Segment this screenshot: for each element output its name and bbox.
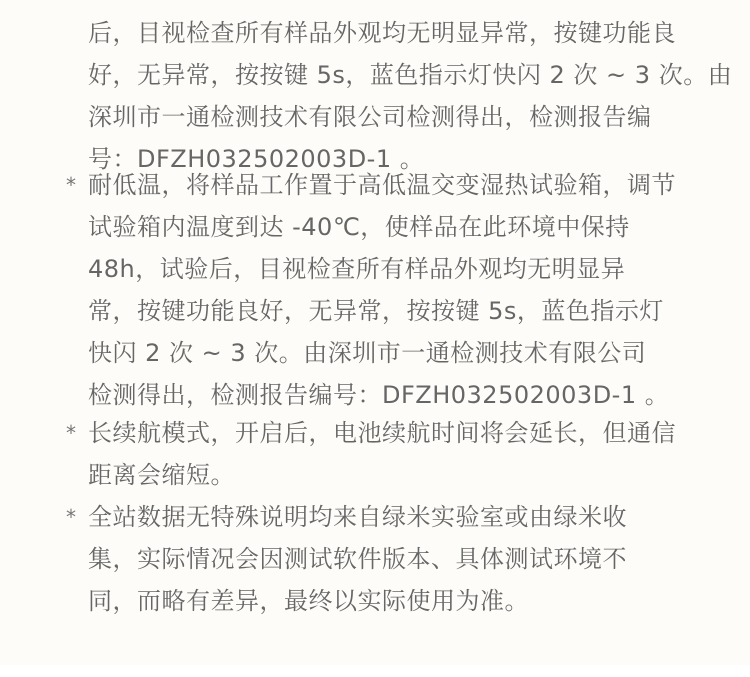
note-low-temperature-test: * 耐低温，将样品工作置于高低温交变湿热试验箱，调节 试验箱内温度到达 -40℃… — [66, 164, 696, 416]
note-continued-test-result: 后，目视检查所有样品外观均无明显异常，按键功能良 好，无异常，按按键 5s，蓝色… — [66, 12, 696, 180]
note-line: 同，而略有差异，最终以实际使用为准。 — [66, 580, 696, 622]
note-line: 常，按键功能良好，无异常，按按键 5s，蓝色指示灯 — [66, 290, 696, 332]
asterisk-bullet-icon: * — [66, 164, 84, 206]
notes-page: 后，目视检查所有样品外观均无明显异常，按键功能良 好，无异常，按按键 5s，蓝色… — [0, 0, 750, 665]
note-line: 深圳市一通检测技术有限公司检测得出，检测报告编 — [66, 96, 696, 138]
note-line: 试验箱内温度到达 -40℃，使样品在此环境中保持 — [66, 206, 696, 248]
note-line: * 长续航模式，开启后，电池续航时间将会延长，但通信 — [66, 412, 696, 454]
note-text: 长续航模式，开启后，电池续航时间将会延长，但通信 — [88, 419, 676, 447]
note-line: * 耐低温，将样品工作置于高低温交变湿热试验箱，调节 — [66, 164, 696, 206]
note-text: 全站数据无特殊说明均来自绿米实验室或由绿米收 — [88, 503, 627, 531]
note-line: * 全站数据无特殊说明均来自绿米实验室或由绿米收 — [66, 496, 696, 538]
note-line: 后，目视检查所有样品外观均无明显异常，按键功能良 — [66, 12, 696, 54]
note-long-battery-mode: * 长续航模式，开启后，电池续航时间将会延长，但通信 距离会缩短。 — [66, 412, 696, 496]
note-data-disclaimer: * 全站数据无特殊说明均来自绿米实验室或由绿米收 集，实际情况会因测试软件版本、… — [66, 496, 696, 622]
note-line: 快闪 2 次 ~ 3 次。由深圳市一通检测技术有限公司 — [66, 332, 696, 374]
note-line: 48h，试验后，目视检查所有样品外观均无明显异 — [66, 248, 696, 290]
asterisk-bullet-icon: * — [66, 496, 84, 538]
note-text: 耐低温，将样品工作置于高低温交变湿热试验箱，调节 — [88, 171, 676, 199]
note-line: 距离会缩短。 — [66, 454, 696, 496]
note-line: 好，无异常，按按键 5s，蓝色指示灯快闪 2 次 ~ 3 次。由 — [66, 54, 696, 96]
asterisk-bullet-icon: * — [66, 412, 84, 454]
note-line: 检测得出，检测报告编号：DFZH032502003D-1 。 — [66, 374, 696, 416]
note-line: 集，实际情况会因测试软件版本、具体测试环境不 — [66, 538, 696, 580]
